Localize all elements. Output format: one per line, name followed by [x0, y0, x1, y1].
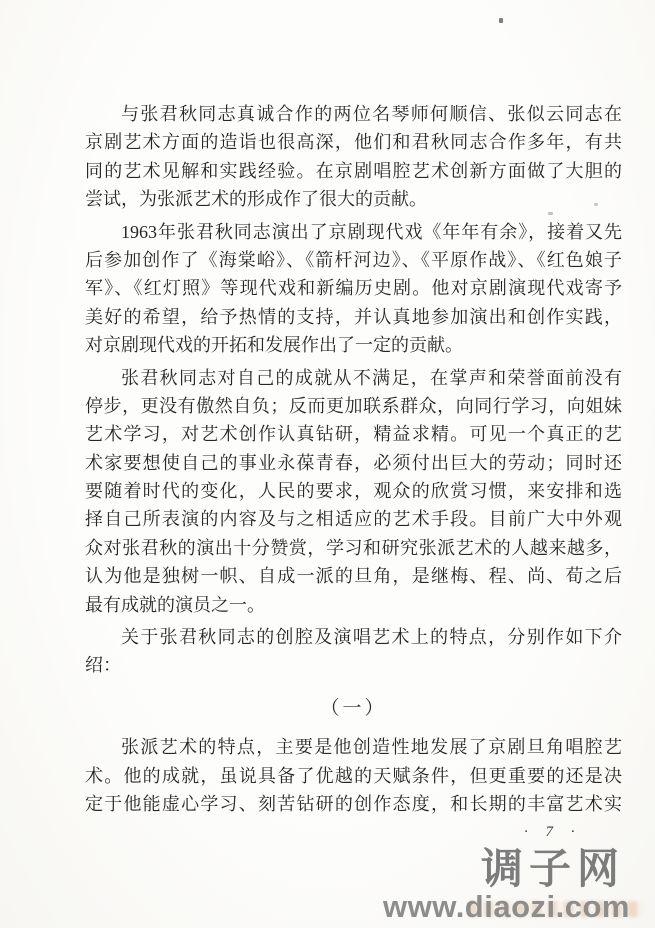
paragraph: 张派艺术的特点，主要是他创造性地发展了京剧旦角唱腔艺术。他的成就，虽说具备了优越…: [85, 733, 622, 818]
text-line: 与张君秋同志真诚合作的两位名琴师何顺信、张似云同志在: [85, 100, 622, 128]
text-line: 张君秋同志对自己的成就从不满足，在掌声和荣誉面前没有: [85, 364, 622, 392]
text-line: 术。他的成就，虽说具备了优越的天赋条件，但更重要的还是决: [85, 762, 622, 790]
text-line: 最有成就的演员之一。: [85, 591, 622, 619]
text-line: 停步，更没有傲然自负；反而更加联系群众，向同行学习，向姐妹: [85, 392, 622, 420]
text-block: 与张君秋同志真诚合作的两位名琴师何顺信、张似云同志在京剧艺术方面的造诣也很高深，…: [85, 100, 622, 822]
text-line: 众对张君秋的演出十分赞赏，学习和研究张派艺术的人越来越多，: [85, 534, 622, 562]
paragraph: 关于张君秋同志的创腔及演唱艺术上的特点，分别作如下介绍：: [85, 623, 622, 680]
text-line: 1963年张君秋同志演出了京剧现代戏《年年有余》，接着又先: [85, 218, 622, 246]
text-line: 艺术学习，对艺术创作认真钻研，精益求精。可见一个真正的艺: [85, 420, 622, 448]
text-line: 要随着时代的变化，人民的要求，观众的欣赏习惯，来安排和选: [85, 477, 622, 505]
paragraph: 与张君秋同志真诚合作的两位名琴师何顺信、张似云同志在京剧艺术方面的造诣也很高深，…: [85, 100, 622, 214]
scan-speck: [594, 203, 598, 206]
text-line: 尝试，为张派艺术的形成作了很大的贡献。: [85, 185, 622, 213]
paragraph: 张君秋同志对自己的成就从不满足，在掌声和荣誉面前没有停步，更没有傲然自负；反而更…: [85, 364, 622, 620]
paragraph: 1963年张君秋同志演出了京剧现代戏《年年有余》，接着又先后参加创作了《海棠峪》…: [85, 218, 622, 360]
text-line: 对京剧现代戏的开拓和发展作出了一定的贡献。: [85, 331, 622, 359]
text-line: 定于他能虚心学习、刻苦钻研的创作态度，和长期的丰富艺术实: [85, 790, 622, 818]
page-number: · 7 ·: [524, 824, 582, 841]
scanned-book-page: 与张君秋同志真诚合作的两位名琴师何顺信、张似云同志在京剧艺术方面的造诣也很高深，…: [0, 0, 655, 928]
text-line: 择自己所表演的内容及与之相适应的艺术手段。目前广大中外观: [85, 505, 622, 533]
scan-speck: [499, 18, 503, 23]
scan-speck: [548, 212, 553, 215]
section-heading: （一）: [85, 695, 622, 723]
text-line: 术家要想使自己的事业永葆青春，必须付出巨大的劳动；同时还: [85, 449, 622, 477]
text-line: 张派艺术的特点，主要是他创造性地发展了京剧旦角唱腔艺: [85, 733, 622, 761]
text-line: 关于张君秋同志的创腔及演唱艺术上的特点，分别作如下介: [85, 623, 622, 651]
watermark-site-url: www.diaozi.com: [383, 890, 630, 924]
text-line: 绍：: [85, 651, 622, 679]
text-line: 认为他是独树一帜、自成一派的旦角，是继梅、程、尚、荀之后: [85, 562, 622, 590]
text-line: 同的艺术见解和实践经验。在京剧唱腔艺术创新方面做了大胆的: [85, 157, 622, 185]
text-line: 后参加创作了《海棠峪》、《箭杆河边》、《平原作战》、《红色娘子: [85, 246, 622, 274]
watermark-site-name: 调子网: [481, 845, 625, 893]
text-line: 美好的希望，给予热情的支持，并认真地参加演出和创作实践，: [85, 303, 622, 331]
text-line: 京剧艺术方面的造诣也很高深，他们和君秋同志合作多年，有共: [85, 128, 622, 156]
text-line: 军》、《红灯照》等现代戏和新编历史剧。他对京剧演现代戏寄予: [85, 274, 622, 302]
